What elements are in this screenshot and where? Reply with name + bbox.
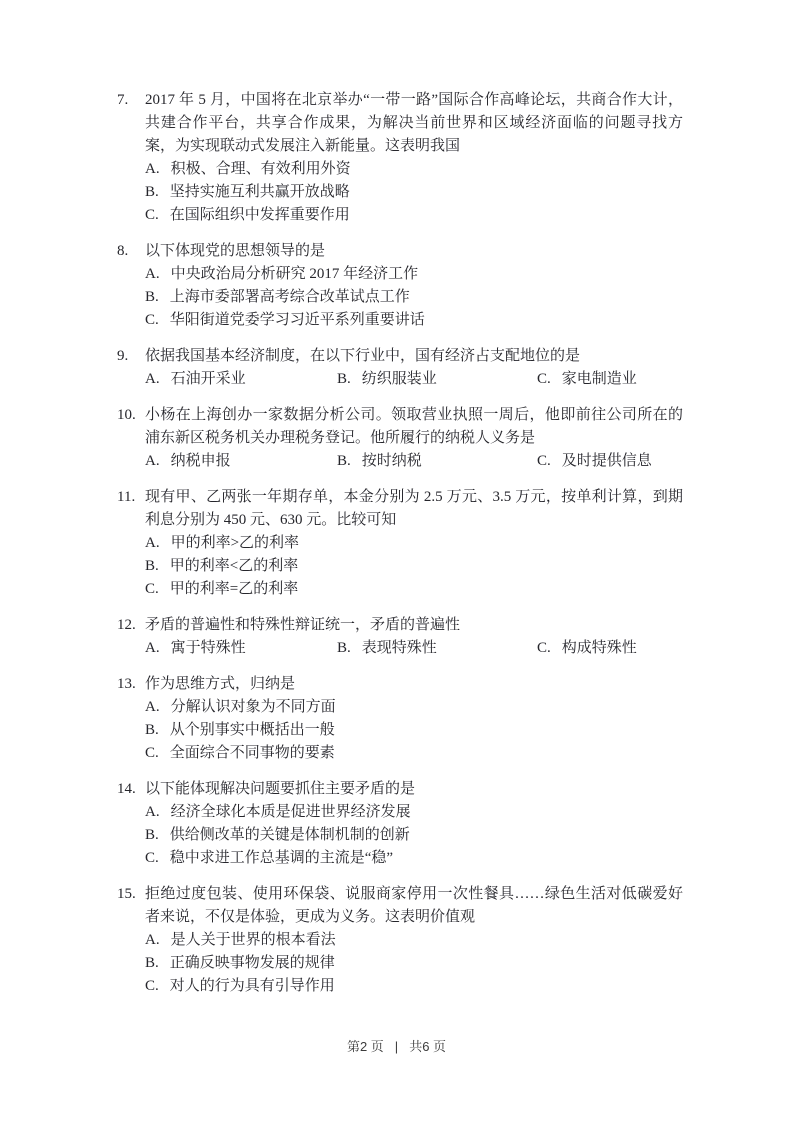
question-10: 10.小杨在上海创办一家数据分析公司。领取营业执照一周后，他即前往公司所在的浦东…	[117, 404, 683, 473]
option-B: B.正确反映事物发展的规律	[145, 952, 683, 975]
question-stem: 拒绝过度包装、使用环保袋、说服商家停用一次性餐具……绿色生活对低碳爱好者来说，不…	[145, 883, 683, 929]
question-number: 11.	[117, 486, 145, 601]
option-text: 稳中求进工作总基调的主流是“稳”	[170, 847, 393, 870]
question-13: 13.作为思维方式，归纳是A.分解认识对象为不同方面B.从个别事实中概括出一般C…	[117, 673, 683, 765]
question-stem: 小杨在上海创办一家数据分析公司。领取营业执照一周后，他即前往公司所在的浦东新区税…	[145, 404, 683, 450]
question-body: 2017 年 5 月，中国将在北京举办“一带一路”国际合作高峰论坛，共商合作大计…	[145, 89, 683, 227]
option-text: 是人关于世界的根本看法	[171, 929, 336, 952]
question-number: 7.	[117, 89, 145, 227]
options-group: A.是人关于世界的根本看法B.正确反映事物发展的规律C.对人的行为具有引导作用	[145, 929, 683, 998]
question-number: 12.	[117, 614, 145, 660]
option-text: 华阳街道党委学习习近平系列重要讲话	[170, 309, 425, 332]
options-group: A.寓于特殊性B.表现特殊性C.构成特殊性	[145, 637, 683, 660]
option-C: C.对人的行为具有引导作用	[145, 975, 683, 998]
option-label: C.	[537, 368, 551, 391]
option-text: 坚持实施互利共赢开放战略	[170, 181, 350, 204]
option-text: 纺织服装业	[362, 368, 437, 391]
question-number: 9.	[117, 345, 145, 391]
option-B: B.甲的利率<乙的利率	[145, 555, 683, 578]
question-8: 8.以下体现党的思想领导的是A.中央政治局分析研究 2017 年经济工作B.上海…	[117, 240, 683, 332]
options-group: A.分解认识对象为不同方面B.从个别事实中概括出一般C.全面综合不同事物的要素	[145, 696, 683, 765]
option-B: B.纺织服装业	[337, 368, 537, 391]
question-body: 小杨在上海创办一家数据分析公司。领取营业执照一周后，他即前往公司所在的浦东新区税…	[145, 404, 683, 473]
options-group: A.纳税申报B.按时纳税C.及时提供信息	[145, 450, 683, 473]
option-label: C.	[145, 742, 159, 765]
question-stem: 以下体现党的思想领导的是	[145, 240, 683, 263]
option-text: 对人的行为具有引导作用	[170, 975, 335, 998]
option-label: C.	[145, 975, 159, 998]
option-label: A.	[145, 450, 160, 473]
option-A: A.甲的利率>乙的利率	[145, 532, 683, 555]
option-C: C.构成特殊性	[537, 637, 683, 660]
option-text: 中央政治局分析研究 2017 年经济工作	[171, 263, 419, 286]
question-number: 14.	[117, 778, 145, 870]
question-12: 12.矛盾的普遍性和特殊性辩证统一，矛盾的普遍性A.寓于特殊性B.表现特殊性C.…	[117, 614, 683, 660]
option-label: A.	[145, 637, 160, 660]
option-label: B.	[337, 368, 351, 391]
option-text: 分解认识对象为不同方面	[171, 696, 336, 719]
option-text: 按时纳税	[362, 450, 422, 473]
page-footer: 第2 页|共6 页	[0, 1036, 793, 1055]
question-11: 11.现有甲、乙两张一年期存单，本金分别为 2.5 万元、3.5 万元，按单利计…	[117, 486, 683, 601]
option-A: A.寓于特殊性	[145, 637, 337, 660]
options-group: A.经济全球化本质是促进世界经济发展B.供给侧改革的关键是体制机制的创新C.稳中…	[145, 801, 683, 870]
option-B: B.坚持实施互利共赢开放战略	[145, 181, 683, 204]
question-stem: 2017 年 5 月，中国将在北京举办“一带一路”国际合作高峰论坛，共商合作大计…	[145, 89, 683, 158]
options-group: A.甲的利率>乙的利率B.甲的利率<乙的利率C.甲的利率=乙的利率	[145, 532, 683, 601]
question-number: 13.	[117, 673, 145, 765]
question-stem: 现有甲、乙两张一年期存单，本金分别为 2.5 万元、3.5 万元，按单利计算，到…	[145, 486, 683, 532]
option-C: C.在国际组织中发挥重要作用	[145, 204, 683, 227]
option-text: 积极、合理、有效利用外资	[171, 158, 351, 181]
option-A: A.中央政治局分析研究 2017 年经济工作	[145, 263, 683, 286]
option-label: B.	[337, 450, 351, 473]
option-label: C.	[145, 204, 159, 227]
question-body: 以下体现党的思想领导的是A.中央政治局分析研究 2017 年经济工作B.上海市委…	[145, 240, 683, 332]
option-C: C.华阳街道党委学习习近平系列重要讲话	[145, 309, 683, 332]
option-text: 供给侧改革的关键是体制机制的创新	[170, 824, 410, 847]
question-9: 9.依据我国基本经济制度，在以下行业中，国有经济占支配地位的是A.石油开采业B.…	[117, 345, 683, 391]
option-label: A.	[145, 263, 160, 286]
option-C: C.甲的利率=乙的利率	[145, 578, 683, 601]
option-text: 寓于特殊性	[171, 637, 246, 660]
question-body: 以下能体现解决问题要抓住主要矛盾的是A.经济全球化本质是促进世界经济发展B.供给…	[145, 778, 683, 870]
option-label: C.	[537, 637, 551, 660]
question-stem: 依据我国基本经济制度，在以下行业中，国有经济占支配地位的是	[145, 345, 683, 368]
question-body: 作为思维方式，归纳是A.分解认识对象为不同方面B.从个别事实中概括出一般C.全面…	[145, 673, 683, 765]
option-A: A.经济全球化本质是促进世界经济发展	[145, 801, 683, 824]
question-number: 15.	[117, 883, 145, 998]
option-A: A.分解认识对象为不同方面	[145, 696, 683, 719]
option-text: 上海市委部署高考综合改革试点工作	[170, 286, 410, 309]
option-B: B.供给侧改革的关键是体制机制的创新	[145, 824, 683, 847]
option-text: 从个别事实中概括出一般	[170, 719, 335, 742]
exam-document-page: 7.2017 年 5 月，中国将在北京举办“一带一路”国际合作高峰论坛，共商合作…	[0, 0, 793, 1122]
option-label: B.	[337, 637, 351, 660]
question-15: 15.拒绝过度包装、使用环保袋、说服商家停用一次性餐具……绿色生活对低碳爱好者来…	[117, 883, 683, 998]
option-text: 纳税申报	[171, 450, 231, 473]
option-label: B.	[145, 952, 159, 975]
question-stem: 以下能体现解决问题要抓住主要矛盾的是	[145, 778, 683, 801]
option-label: A.	[145, 801, 160, 824]
question-number: 10.	[117, 404, 145, 473]
option-label: B.	[145, 555, 159, 578]
option-text: 在国际组织中发挥重要作用	[170, 204, 350, 227]
question-number: 8.	[117, 240, 145, 332]
option-C: C.全面综合不同事物的要素	[145, 742, 683, 765]
option-label: B.	[145, 719, 159, 742]
option-C: C.稳中求进工作总基调的主流是“稳”	[145, 847, 683, 870]
option-B: B.上海市委部署高考综合改革试点工作	[145, 286, 683, 309]
option-label: A.	[145, 158, 160, 181]
option-text: 表现特殊性	[362, 637, 437, 660]
option-label: C.	[145, 578, 159, 601]
option-label: A.	[145, 929, 160, 952]
option-A: A.是人关于世界的根本看法	[145, 929, 683, 952]
question-body: 矛盾的普遍性和特殊性辩证统一，矛盾的普遍性A.寓于特殊性B.表现特殊性C.构成特…	[145, 614, 683, 660]
option-label: A.	[145, 368, 160, 391]
page-total: 共6 页	[409, 1039, 446, 1054]
option-text: 甲的利率<乙的利率	[170, 555, 298, 578]
footer-separator: |	[395, 1039, 398, 1054]
option-label: B.	[145, 286, 159, 309]
option-label: B.	[145, 181, 159, 204]
option-text: 经济全球化本质是促进世界经济发展	[171, 801, 411, 824]
option-text: 家电制造业	[562, 368, 637, 391]
option-B: B.表现特殊性	[337, 637, 537, 660]
option-label: C.	[145, 309, 159, 332]
questions-list: 7.2017 年 5 月，中国将在北京举办“一带一路”国际合作高峰论坛，共商合作…	[117, 89, 683, 1011]
option-C: C.家电制造业	[537, 368, 683, 391]
option-label: A.	[145, 532, 160, 555]
question-7: 7.2017 年 5 月，中国将在北京举办“一带一路”国际合作高峰论坛，共商合作…	[117, 89, 683, 227]
options-group: A.积极、合理、有效利用外资B.坚持实施互利共赢开放战略C.在国际组织中发挥重要…	[145, 158, 683, 227]
page-number: 第2 页	[347, 1039, 384, 1054]
options-group: A.石油开采业B.纺织服装业C.家电制造业	[145, 368, 683, 391]
options-group: A.中央政治局分析研究 2017 年经济工作B.上海市委部署高考综合改革试点工作…	[145, 263, 683, 332]
option-A: A.积极、合理、有效利用外资	[145, 158, 683, 181]
option-text: 及时提供信息	[562, 450, 652, 473]
question-body: 现有甲、乙两张一年期存单，本金分别为 2.5 万元、3.5 万元，按单利计算，到…	[145, 486, 683, 601]
option-label: A.	[145, 696, 160, 719]
option-A: A.纳税申报	[145, 450, 337, 473]
option-text: 甲的利率=乙的利率	[170, 578, 298, 601]
option-B: B.从个别事实中概括出一般	[145, 719, 683, 742]
option-text: 全面综合不同事物的要素	[170, 742, 335, 765]
option-label: C.	[145, 847, 159, 870]
option-text: 石油开采业	[171, 368, 246, 391]
option-A: A.石油开采业	[145, 368, 337, 391]
option-text: 甲的利率>乙的利率	[171, 532, 299, 555]
question-body: 依据我国基本经济制度，在以下行业中，国有经济占支配地位的是A.石油开采业B.纺织…	[145, 345, 683, 391]
option-C: C.及时提供信息	[537, 450, 683, 473]
question-stem: 作为思维方式，归纳是	[145, 673, 683, 696]
option-B: B.按时纳税	[337, 450, 537, 473]
option-label: B.	[145, 824, 159, 847]
option-label: C.	[537, 450, 551, 473]
option-text: 构成特殊性	[562, 637, 637, 660]
question-14: 14.以下能体现解决问题要抓住主要矛盾的是A.经济全球化本质是促进世界经济发展B…	[117, 778, 683, 870]
question-stem: 矛盾的普遍性和特殊性辩证统一，矛盾的普遍性	[145, 614, 683, 637]
option-text: 正确反映事物发展的规律	[170, 952, 335, 975]
question-body: 拒绝过度包装、使用环保袋、说服商家停用一次性餐具……绿色生活对低碳爱好者来说，不…	[145, 883, 683, 998]
